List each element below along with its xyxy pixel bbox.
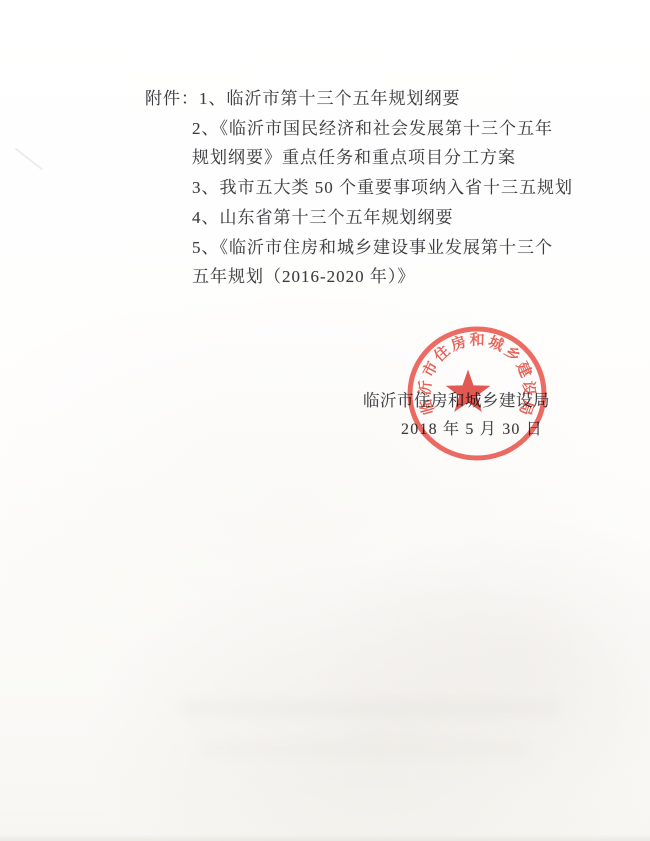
attachment-line: 2、《临沂市国民经济和社会发展第十三个五年 bbox=[192, 114, 585, 144]
attachment-line: 五年规划（2016-2020 年）》 bbox=[192, 262, 585, 292]
bleed-through-ghost bbox=[200, 742, 530, 756]
attachment-line: 4、山东省第十三个五年规划纲要 bbox=[192, 203, 585, 233]
star-icon bbox=[446, 370, 491, 413]
attachments-list: 附件：1、临沂市第十三个五年规划纲要 2、《临沂市国民经济和社会发展第十三个五年… bbox=[145, 84, 585, 292]
document-page: 附件：1、临沂市第十三个五年规划纲要 2、《临沂市国民经济和社会发展第十三个五年… bbox=[0, 0, 650, 841]
attachment-line: 3、我市五大类 50 个重要事项纳入省十三五规划 bbox=[192, 173, 585, 203]
official-seal-stamp: 临沂市住房和城乡建设局 bbox=[404, 326, 550, 466]
bleed-through-ghost bbox=[180, 700, 560, 716]
attachment-line: 5、《临沂市住房和城乡建设事业发展第十三个 bbox=[192, 233, 585, 263]
attachment-line: 规划纲要》重点任务和重点项目分工方案 bbox=[192, 143, 585, 173]
attachment-line: 附件：1、临沂市第十三个五年规划纲要 bbox=[145, 84, 585, 114]
scan-smudge bbox=[15, 148, 43, 170]
